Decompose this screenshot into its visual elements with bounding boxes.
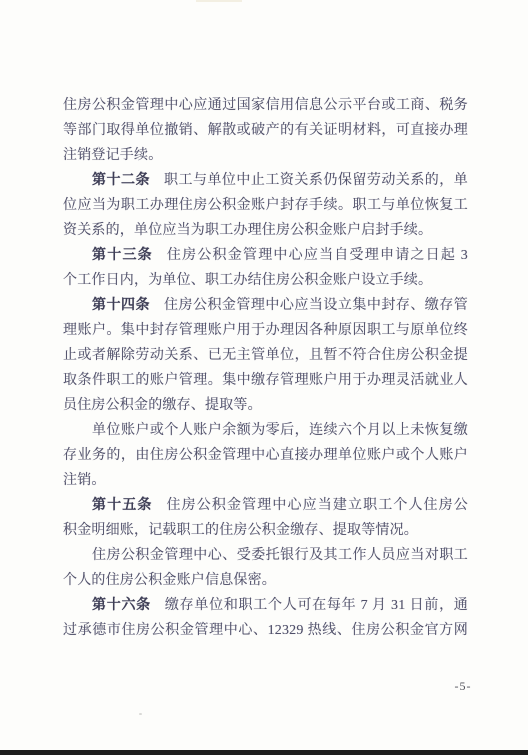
article-number: 第十四条: [92, 298, 150, 313]
text-line: 个人的住房公积金账户信息保密。: [63, 568, 468, 593]
article-number: 第十三条: [92, 248, 153, 263]
text-segment: 位应当为职工办理住房公积金账户封存手续。职工与单位恢复工: [63, 198, 468, 213]
text-line: 第十五条住房公积金管理中心应当建立职工个人住房公: [63, 493, 468, 518]
text-segment: 住房公积金管理中心应当建立职工个人住房公: [167, 498, 469, 513]
text-line: 积金明细账，记载职工的住房公积金缴存、提取等情况。: [63, 518, 468, 543]
text-segment: 等部门取得单位撤销、解散或破产的有关证明材料，可直接办理: [63, 123, 468, 138]
text-line: 取条件职工的账户管理。集中缴存管理账户用于办理灵活就业人: [63, 368, 468, 393]
text-line: 住房公积金管理中心应通过国家信用信息公示平台或工商、税务: [63, 93, 468, 118]
text-segment: 缴存单位和职工个人可在每年 7 月 31 日前，通: [165, 598, 468, 613]
document-body: 住房公积金管理中心应通过国家信用信息公示平台或工商、税务等部门取得单位撤销、解散…: [63, 93, 468, 643]
page-number: -5-: [443, 679, 483, 694]
text-line: 资关系的，单位应当为职工办理住房公积金账户启封手续。: [63, 218, 468, 243]
text-segment: 员住房公积金的缴存、提取等。: [63, 398, 262, 413]
text-line: 单位账户或个人账户余额为零后，连续六个月以上未恢复缴: [63, 418, 468, 443]
text-segment: 个人的住房公积金账户信息保密。: [63, 573, 276, 588]
scan-artifact-top: [196, 0, 242, 2]
text-line: 存业务的，由住房公积金管理中心直接办理单位账户或个人账户: [63, 443, 468, 468]
text-segment: 止或者解除劳动关系、已无主管单位，且暂不符合住房公积金提: [63, 348, 468, 363]
article-number: 第十五条: [92, 498, 153, 513]
text-segment: 取条件职工的账户管理。集中缴存管理账户用于办理灵活就业人: [63, 373, 468, 388]
text-segment: 职工与单位中止工资关系仍保留劳动关系的，单: [164, 173, 468, 188]
text-line: 位应当为职工办理住房公积金账户封存手续。职工与单位恢复工: [63, 193, 468, 218]
text-segment: 注销登记手续。: [63, 148, 162, 163]
scan-speck: [139, 713, 142, 715]
text-segment: 积金明细账，记载职工的住房公积金缴存、提取等情况。: [63, 523, 418, 538]
article-number: 第十二条: [92, 173, 150, 188]
text-segment: 注销。: [63, 473, 106, 488]
text-line: 注销登记手续。: [63, 143, 468, 168]
text-line: 住房公积金管理中心、受委托银行及其工作人员应当对职工: [63, 543, 468, 568]
article-number: 第十六条: [92, 598, 151, 613]
scanned-document-page: 住房公积金管理中心应通过国家信用信息公示平台或工商、税务等部门取得单位撤销、解散…: [0, 0, 528, 755]
text-line: 等部门取得单位撤销、解散或破产的有关证明材料，可直接办理: [63, 118, 468, 143]
text-segment: 单位账户或个人账户余额为零后，连续六个月以上未恢复缴: [92, 423, 468, 438]
text-line: 注销。: [63, 468, 468, 493]
text-segment: 资关系的，单位应当为职工办理住房公积金账户启封手续。: [63, 223, 432, 238]
text-segment: 理账户。集中封存管理账户用于办理因各种原因职工与原单位终: [63, 323, 468, 338]
text-line: 员住房公积金的缴存、提取等。: [63, 393, 468, 418]
text-line: 第十四条住房公积金管理中心应当设立集中封存、缴存管: [63, 293, 468, 318]
text-line: 过承德市住房公积金管理中心、12329 热线、住房公积金官方网: [63, 618, 468, 643]
text-line: 第十三条住房公积金管理中心应当自受理申请之日起 3: [63, 243, 468, 268]
text-segment: 存业务的，由住房公积金管理中心直接办理单位账户或个人账户: [63, 448, 468, 463]
text-segment: 过承德市住房公积金管理中心、12329 热线、住房公积金官方网: [63, 623, 468, 638]
text-line: 个工作日内，为单位、职工办结住房公积金账户设立手续。: [63, 268, 468, 293]
text-line: 理账户。集中封存管理账户用于办理因各种原因职工与原单位终: [63, 318, 468, 343]
text-segment: 住房公积金管理中心应当自受理申请之日起 3: [167, 248, 468, 263]
text-line: 第十六条缴存单位和职工个人可在每年 7 月 31 日前，通: [63, 593, 468, 618]
text-line: 第十二条职工与单位中止工资关系仍保留劳动关系的，单: [63, 168, 468, 193]
text-segment: 住房公积金管理中心、受委托银行及其工作人员应当对职工: [92, 548, 468, 563]
text-segment: 住房公积金管理中心应通过国家信用信息公示平台或工商、税务: [63, 98, 468, 113]
scan-edge-artifact: [0, 750, 528, 755]
text-segment: 住房公积金管理中心应当设立集中封存、缴存管: [164, 298, 468, 313]
text-line: 止或者解除劳动关系、已无主管单位，且暂不符合住房公积金提: [63, 343, 468, 368]
text-segment: 个工作日内，为单位、职工办结住房公积金账户设立手续。: [63, 273, 432, 288]
